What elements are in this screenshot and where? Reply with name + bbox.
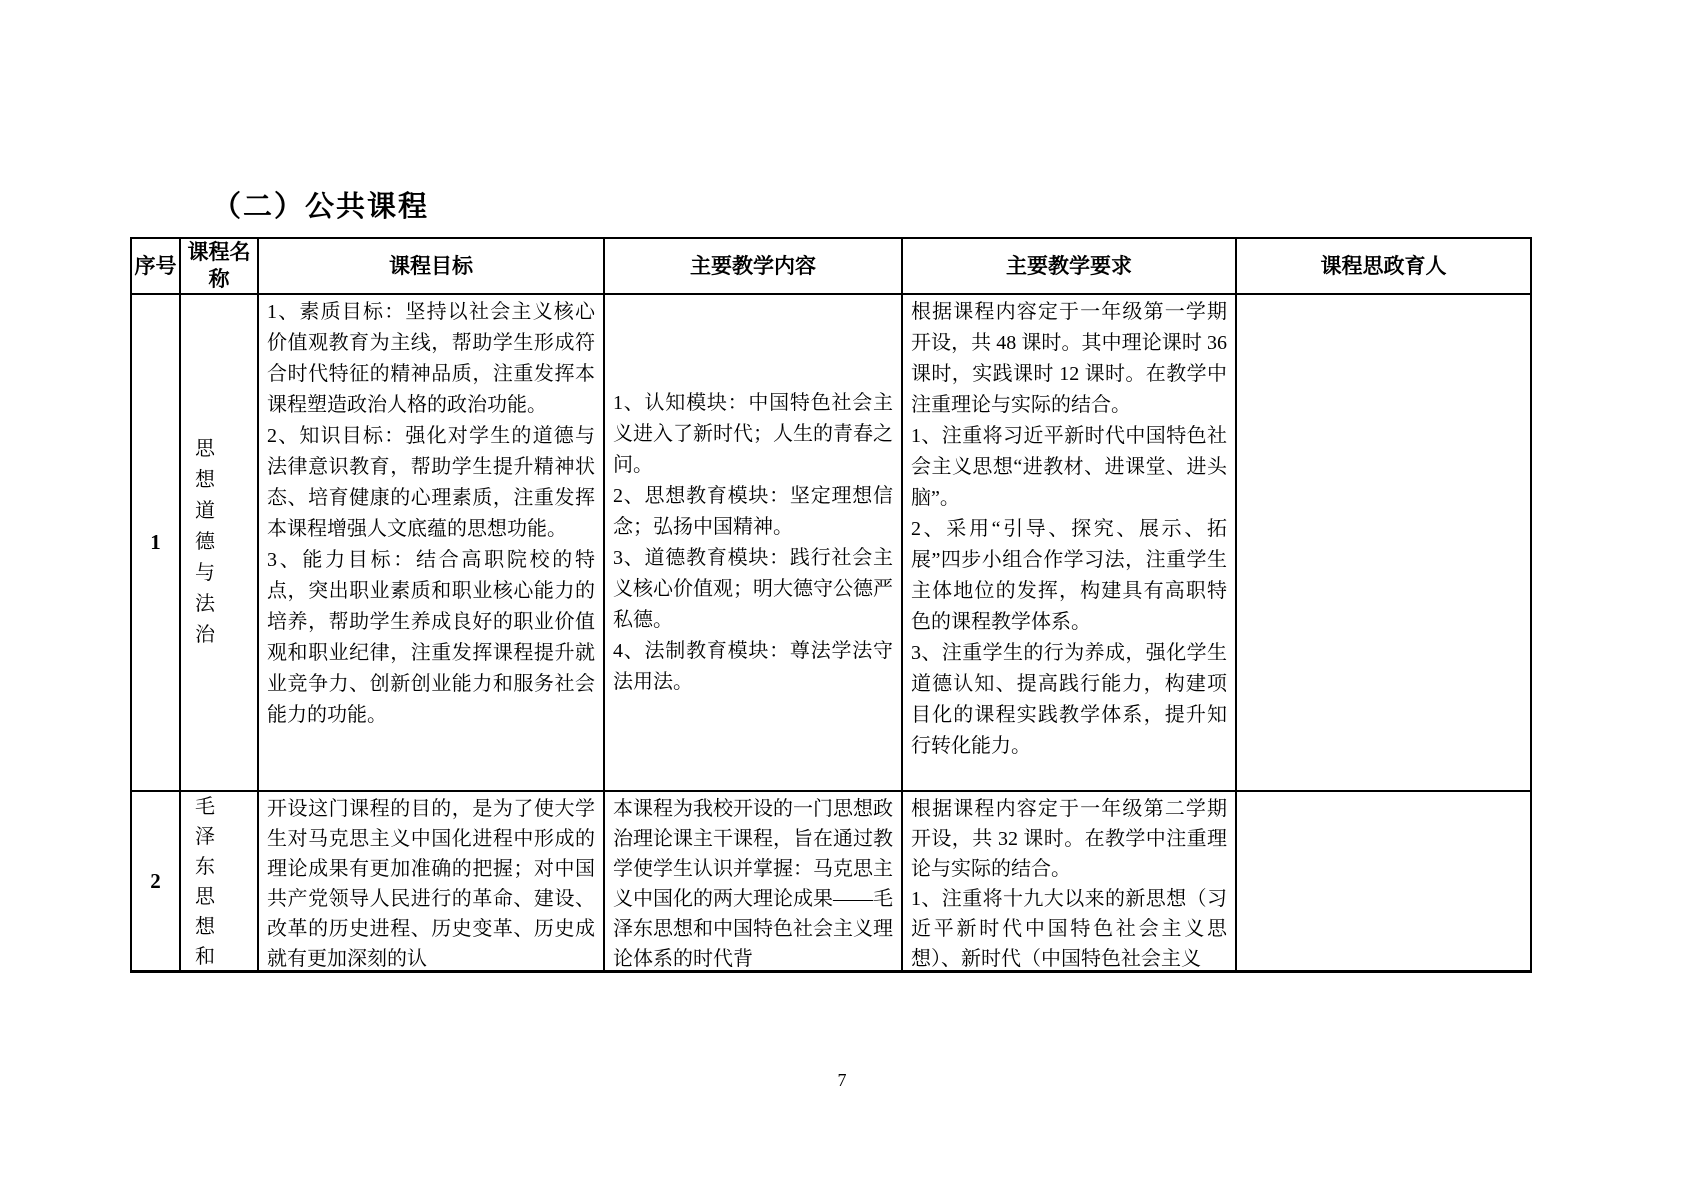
header-requirements: 主要教学要求	[902, 238, 1236, 294]
course-name-cell: 思想道德与法治	[180, 294, 258, 791]
teaching-requirements: 根据课程内容定于一年级第一学期开设，共 48 课时。其中理论课时 36 课时，实…	[903, 295, 1235, 764]
table-header-row: 序号 课程名称 课程目标 主要教学内容 主要教学要求 课程思政育人	[131, 238, 1531, 294]
course-name: 毛泽东思想和中国特色社会	[195, 792, 243, 970]
course-name: 思想道德与法治	[195, 434, 243, 651]
teaching-content-cell: 1、认知模块：中国特色社会主义进入了新时代；人生的青春之问。 2、思想教育模块：…	[604, 294, 902, 791]
row-number: 1	[131, 294, 180, 791]
course-table: 序号 课程名称 课程目标 主要教学内容 主要教学要求 课程思政育人 1 思想道德…	[130, 237, 1532, 973]
row-number: 2	[131, 791, 180, 972]
ideology-cell	[1236, 294, 1531, 791]
course-objectives: 开设这门课程的目的，是为了使大学生对马克思主义中国化进程中形成的理论成果有更加准…	[259, 792, 603, 970]
section-title: （二）公共课程	[212, 184, 429, 225]
ideology-text	[1237, 295, 1530, 299]
table-row-1: 1 思想道德与法治 1、素质目标：坚持以社会主义核心价值观教育为主线，帮助学生形…	[131, 294, 1531, 791]
teaching-content: 本课程为我校开设的一门思想政治理论课主干课程，旨在通过教学使学生认识并掌握：马克…	[605, 792, 901, 970]
teaching-requirements-cell: 根据课程内容定于一年级第一学期开设，共 48 课时。其中理论课时 36 课时，实…	[902, 294, 1236, 791]
ideology-text	[1237, 792, 1530, 970]
document-page: { "page": { "title": "（二）公共课程", "page_nu…	[0, 0, 1684, 1191]
course-objectives-cell: 开设这门课程的目的，是为了使大学生对马克思主义中国化进程中形成的理论成果有更加准…	[258, 791, 604, 972]
header-course-name: 课程名称	[180, 238, 258, 294]
header-objectives: 课程目标	[258, 238, 604, 294]
teaching-content: 1、认知模块：中国特色社会主义进入了新时代；人生的青春之问。 2、思想教育模块：…	[605, 386, 901, 700]
page-number: 7	[0, 1070, 1684, 1091]
header-number: 序号	[131, 238, 180, 294]
course-objectives: 1、素质目标：坚持以社会主义核心价值观教育为主线，帮助学生形成符合时代特征的精神…	[259, 295, 603, 733]
ideology-cell	[1236, 791, 1531, 972]
header-ideology: 课程思政育人	[1236, 238, 1531, 294]
teaching-requirements-cell: 根据课程内容定于一年级第二学期开设，共 32 课时。在教学中注重理论与实际的结合…	[902, 791, 1236, 972]
course-objectives-cell: 1、素质目标：坚持以社会主义核心价值观教育为主线，帮助学生形成符合时代特征的精神…	[258, 294, 604, 791]
teaching-content-cell: 本课程为我校开设的一门思想政治理论课主干课程，旨在通过教学使学生认识并掌握：马克…	[604, 791, 902, 972]
teaching-requirements: 根据课程内容定于一年级第二学期开设，共 32 课时。在教学中注重理论与实际的结合…	[903, 792, 1235, 970]
header-content: 主要教学内容	[604, 238, 902, 294]
course-name-cell: 毛泽东思想和中国特色社会	[180, 791, 258, 972]
table-row-2: 2 毛泽东思想和中国特色社会 开设这门课程的目的，是为了使大学生对马克思主义中国…	[131, 791, 1531, 972]
